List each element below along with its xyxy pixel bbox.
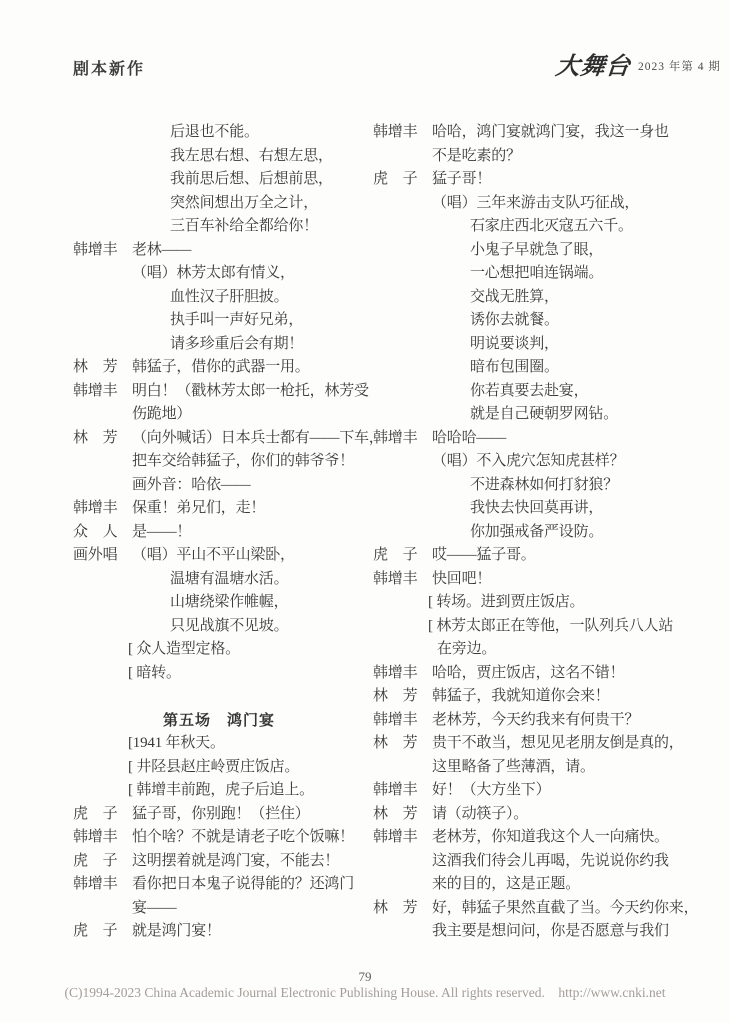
lyric-line: 我左思右想、右想左思，	[73, 145, 365, 169]
journal-mark: 大舞台2023 年第 4 期	[556, 46, 721, 81]
lyric-line: 交战无胜算，	[373, 286, 665, 310]
speaker-name: 林 芳	[373, 685, 432, 709]
speaker-name: 虎 子	[73, 920, 132, 944]
dialogue-text: 贵干不敢当，想见见老朋友倒是真的，	[432, 735, 684, 751]
lyric-line: 请多珍重后会有期！	[73, 333, 365, 357]
stage-direction-continuation: 在旁边。	[373, 638, 665, 662]
dialogue-continuation: 我主要是想问问，你是否愿意与我们	[373, 920, 665, 944]
copyright-line: (C)1994-2023 China Academic Journal Elec…	[0, 985, 730, 1001]
dialogue-continuation: 伤跪地）	[73, 403, 365, 427]
speaker-name: 韩增丰	[373, 662, 432, 686]
speaker-name: 虎 子	[373, 544, 432, 568]
lyric-line: 你若真要去赴宴，	[373, 380, 665, 404]
dialogue-text: 老林——	[132, 242, 191, 258]
script-line: 林 芳贵干不敢当，想见见老朋友倒是真的，	[373, 732, 665, 756]
script-line: 韩增丰老林芳，你知道我这个人一向痛快。	[373, 826, 665, 850]
speaker-name: 韩增丰	[373, 709, 432, 733]
lyric-line: 不进森林如何打豺狼？	[373, 474, 665, 498]
dialogue-text: 韩猛子，我就知道你会来！	[432, 688, 610, 704]
script-line: 林 芳请（动筷子）。	[373, 803, 665, 827]
script-line: 韩增丰保重！弟兄们，走！	[73, 497, 365, 521]
stage-direction: [ 转场。进到贾庄饭店。	[373, 591, 665, 615]
dialogue-text: 老林芳，今天约我来有何贵干？	[432, 712, 639, 728]
dialogue-text: 请（动筷子）。	[432, 806, 528, 822]
script-line: 韩增丰快回吧！	[373, 568, 665, 592]
script-line: 韩增丰好！（大方坐下）	[373, 779, 665, 803]
speaker-name: 虎 子	[373, 168, 432, 192]
dialogue-text: 猛子哥，你别跑！（拦住）	[132, 806, 310, 822]
stage-direction: [1941 年秋天。	[73, 732, 365, 756]
journal-issue: 2023 年第 4 期	[638, 58, 721, 74]
lyric-line: 石家庄西北灭寇五六千。	[373, 215, 665, 239]
script-line: 虎 子就是鸿门宴！	[73, 920, 365, 944]
speaker-name: 韩增丰	[73, 497, 132, 521]
stage-direction: [ 井陉县赵庄岭贾庄饭店。	[73, 756, 365, 780]
speaker-name: 众 人	[73, 521, 132, 545]
lyric-line: 执手叫一声好兄弟，	[73, 309, 365, 333]
speaker-name: 韩增丰	[373, 121, 432, 145]
speaker-name: 林 芳	[373, 732, 432, 756]
script-line: 虎 子猛子哥！	[373, 168, 665, 192]
script-line: 林 芳韩猛子，借你的武器一用。	[73, 356, 365, 380]
dialogue-continuation: （唱）三年来游击支队巧征战，	[373, 192, 665, 216]
dialogue-continuation: 把车交给韩猛子，你们的韩爷爷！	[73, 450, 365, 474]
dialogue-continuation: 这里略备了些薄酒，请。	[373, 756, 665, 780]
dialogue-text: 韩猛子，借你的武器一用。	[132, 359, 310, 375]
speaker-name: 韩增丰	[73, 826, 132, 850]
script-line: 韩增丰哈哈哈——	[373, 427, 665, 451]
speaker-name: 韩增丰	[373, 427, 432, 451]
speaker-name: 韩增丰	[373, 568, 432, 592]
scene-title: 第五场 鸿门宴	[73, 709, 365, 733]
speaker-name: 韩增丰	[73, 873, 132, 897]
lyric-line: 一心想把咱连锅端。	[373, 262, 665, 286]
lyric-line: 诱你去就餐。	[373, 309, 665, 333]
script-line: 韩增丰看你把日本鬼子说得能的？还鸿门	[73, 873, 365, 897]
dialogue-text: 好！（大方坐下）	[432, 782, 550, 798]
lyric-line: 就是自己硬朝罗网钻。	[373, 403, 665, 427]
lyric-line: 我快去快回莫再讲，	[373, 497, 665, 521]
dialogue-continuation: 宴——	[73, 897, 365, 921]
speaker-name: 韩增丰	[73, 380, 132, 404]
stage-direction: [ 暗转。	[73, 662, 365, 686]
speaker-name: 虎 子	[73, 850, 132, 874]
script-line: 林 芳（向外喊话）日本兵士都有——下车，	[73, 427, 365, 451]
script-line: 韩增丰哈哈，贾庄饭店，这名不错！	[373, 662, 665, 686]
dialogue-text: 哎——猛子哥。	[432, 547, 536, 563]
script-line: 众 人是——！	[73, 521, 365, 545]
spacer-line	[73, 685, 365, 709]
journal-logo: 大舞台	[554, 46, 633, 81]
dialogue-text: 保重！弟兄们，走！	[132, 500, 265, 516]
speaker-name: 林 芳	[73, 356, 132, 380]
script-line: 韩增丰老林——	[73, 239, 365, 263]
lyric-line: 突然间想出万全之计，	[73, 192, 365, 216]
dialogue-text: 好，韩猛子果然直截了当。今天约你来，	[432, 900, 698, 916]
lyric-line: 山塘绕梁作帷幄，	[73, 591, 365, 615]
lyric-line: 明说要谈判，	[373, 333, 665, 357]
section-label: 剧本新作	[73, 56, 145, 79]
lyric-line: 我前思后想、后想前思，	[73, 168, 365, 192]
dialogue-text: 哈哈，鸿门宴就鸿门宴，我这一身也	[432, 124, 669, 140]
speaker-name: 虎 子	[73, 803, 132, 827]
speaker-name: 林 芳	[73, 427, 132, 451]
speaker-name: 画外唱	[73, 544, 132, 568]
speaker-name: 韩增丰	[73, 239, 132, 263]
journal-page: 剧本新作 大舞台2023 年第 4 期 后退也不能。我左思右想、右想左思，我前思…	[0, 0, 730, 1022]
dialogue-text: 怕个啥？不就是请老子吃个饭嘛！	[132, 829, 354, 845]
dialogue-text: 看你把日本鬼子说得能的？还鸿门	[132, 876, 354, 892]
dialogue-text: 猛子哥！	[432, 171, 491, 187]
lyric-line: 小鬼子早就急了眼，	[373, 239, 665, 263]
dialogue-continuation: （唱）不入虎穴怎知虎甚样？	[373, 450, 665, 474]
dialogue-continuation: 这酒我们待会儿再喝，先说说你约我	[373, 850, 665, 874]
speaker-name: 韩增丰	[373, 779, 432, 803]
dialogue-text: 就是鸿门宴！	[132, 923, 221, 939]
stage-direction: [ 众人造型定格。	[73, 638, 365, 662]
script-line: 林 芳韩猛子，我就知道你会来！	[373, 685, 665, 709]
script-line: 画外唱（唱）平山不平山梁卧，	[73, 544, 365, 568]
stage-direction: [ 韩增丰前跑，虎子后追上。	[73, 779, 365, 803]
speaker-name: 韩增丰	[373, 826, 432, 850]
lyric-line: 三百车补给全都给你！	[73, 215, 365, 239]
dialogue-text: （唱）平山不平山梁卧，	[132, 547, 295, 563]
dialogue-text: 哈哈哈——	[432, 430, 506, 446]
script-line: 韩增丰怕个啥？不就是请老子吃个饭嘛！	[73, 826, 365, 850]
lyric-line: 温塘有温塘水活。	[73, 568, 365, 592]
lyric-line: 血性汉子肝胆披。	[73, 286, 365, 310]
script-line: 韩增丰老林芳，今天约我来有何贵干？	[373, 709, 665, 733]
dialogue-text: 哈哈，贾庄饭店，这名不错！	[432, 665, 624, 681]
lyric-line: 后退也不能。	[73, 121, 365, 145]
dialogue-text: （向外喊话）日本兵士都有——下车，	[132, 430, 384, 446]
stage-direction: [ 林芳太郎正在等他，一队列兵八人站	[373, 615, 665, 639]
lyric-line: 暗布包围圈。	[373, 356, 665, 380]
dialogue-text: 老林芳，你知道我这个人一向痛快。	[432, 829, 669, 845]
right-column: 韩增丰哈哈，鸿门宴就鸿门宴，我这一身也不是吃素的？虎 子猛子哥！（唱）三年来游击…	[373, 121, 665, 944]
dialogue-continuation: 不是吃素的？	[373, 145, 665, 169]
script-line: 韩增丰哈哈，鸿门宴就鸿门宴，我这一身也	[373, 121, 665, 145]
script-line: 虎 子猛子哥，你别跑！（拦住）	[73, 803, 365, 827]
lyric-line: 你加强戒备严设防。	[373, 521, 665, 545]
script-line: 韩增丰明白！（戳林芳太郎一枪托，林芳受	[73, 380, 365, 404]
dialogue-continuation: 画外音：哈依——	[73, 474, 365, 498]
script-line: 虎 子这明摆着就是鸿门宴，不能去！	[73, 850, 365, 874]
lyric-line: 只见战旗不见坡。	[73, 615, 365, 639]
page-number: 79	[0, 969, 730, 985]
dialogue-continuation: （唱）林芳太郎有情义，	[73, 262, 365, 286]
dialogue-text: 这明摆着就是鸿门宴，不能去！	[132, 853, 339, 869]
dialogue-text: 快回吧！	[432, 571, 491, 587]
left-column: 后退也不能。我左思右想、右想左思，我前思后想、后想前思，突然间想出万全之计，三百…	[73, 121, 365, 944]
speaker-name: 林 芳	[373, 803, 432, 827]
script-line: 虎 子哎——猛子哥。	[373, 544, 665, 568]
dialogue-text: 明白！（戳林芳太郎一枪托，林芳受	[132, 383, 369, 399]
dialogue-text: 是——！	[132, 524, 191, 540]
speaker-name: 林 芳	[373, 897, 432, 921]
script-line: 林 芳好，韩猛子果然直截了当。今天约你来，	[373, 897, 665, 921]
dialogue-continuation: 来的目的，这是正题。	[373, 873, 665, 897]
